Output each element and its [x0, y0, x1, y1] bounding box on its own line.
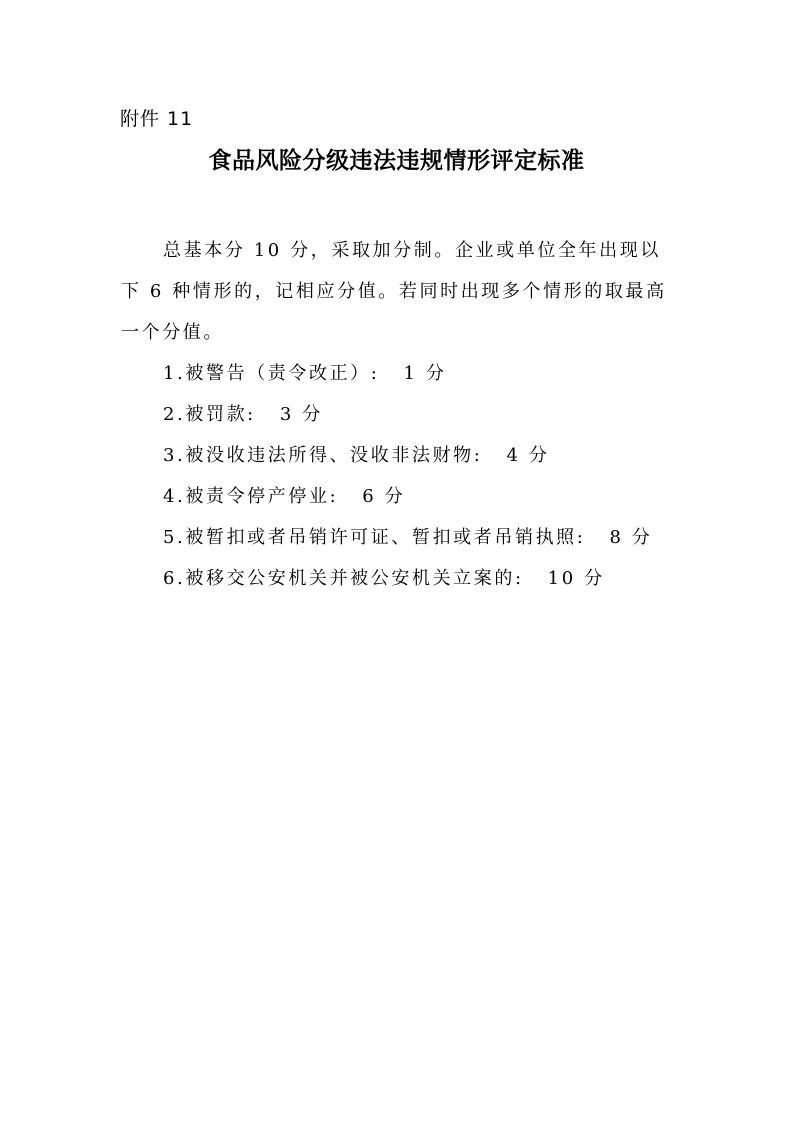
attachment-label: 附件 11 [120, 104, 193, 131]
document-page: 附件 11 食品风险分级违法违规情形评定标准 总基本分 10 分，采取加分制。企… [0, 0, 793, 1122]
item-points: 8 分 [609, 527, 652, 548]
item-number: 6. [163, 568, 185, 589]
item-text: 被警告（责令改正）: [185, 363, 379, 384]
item-number: 4. [163, 486, 185, 507]
item-text: 被移交公安机关并被公安机关立案的: [185, 568, 523, 589]
item-number: 2. [163, 404, 185, 425]
criteria-item: 5.被暂扣或者吊销许可证、暂扣或者吊销执照:8 分 [121, 517, 681, 558]
criteria-item: 2.被罚款:3 分 [121, 394, 681, 435]
intro-paragraph: 总基本分 10 分，采取加分制。企业或单位全年出现以 下 6 种情形的，记相应分… [121, 230, 681, 353]
intro-line-1: 总基本分 10 分，采取加分制。企业或单位全年出现以 [121, 230, 681, 271]
item-text: 被没收违法所得、没收非法财物: [185, 445, 482, 466]
item-number: 3. [163, 445, 185, 466]
item-points: 4 分 [506, 445, 549, 466]
intro-line-3: 一个分值。 [121, 312, 681, 353]
document-title: 食品风险分级违法违规情形评定标准 [0, 142, 793, 175]
criteria-item: 4.被责令停产停业:6 分 [121, 476, 681, 517]
item-text: 被责令停产停业: [185, 486, 338, 507]
intro-line-2: 下 6 种情形的，记相应分值。若同时出现多个情形的取最高 [121, 271, 681, 312]
scoring-criteria-list: 1.被警告（责令改正）:1 分 2.被罚款:3 分 3.被没收违法所得、没收非法… [121, 353, 681, 599]
item-points: 10 分 [548, 568, 605, 589]
item-points: 6 分 [362, 486, 405, 507]
criteria-item: 3.被没收违法所得、没收非法财物:4 分 [121, 435, 681, 476]
item-text: 被暂扣或者吊销许可证、暂扣或者吊销执照: [185, 527, 585, 548]
criteria-item: 1.被警告（责令改正）:1 分 [121, 353, 681, 394]
item-text: 被罚款: [185, 404, 255, 425]
item-points: 3 分 [280, 404, 323, 425]
item-number: 1. [163, 363, 185, 384]
item-number: 5. [163, 527, 185, 548]
criteria-item: 6.被移交公安机关并被公安机关立案的:10 分 [121, 558, 681, 599]
item-points: 1 分 [403, 363, 446, 384]
document-body: 总基本分 10 分，采取加分制。企业或单位全年出现以 下 6 种情形的，记相应分… [121, 230, 681, 599]
